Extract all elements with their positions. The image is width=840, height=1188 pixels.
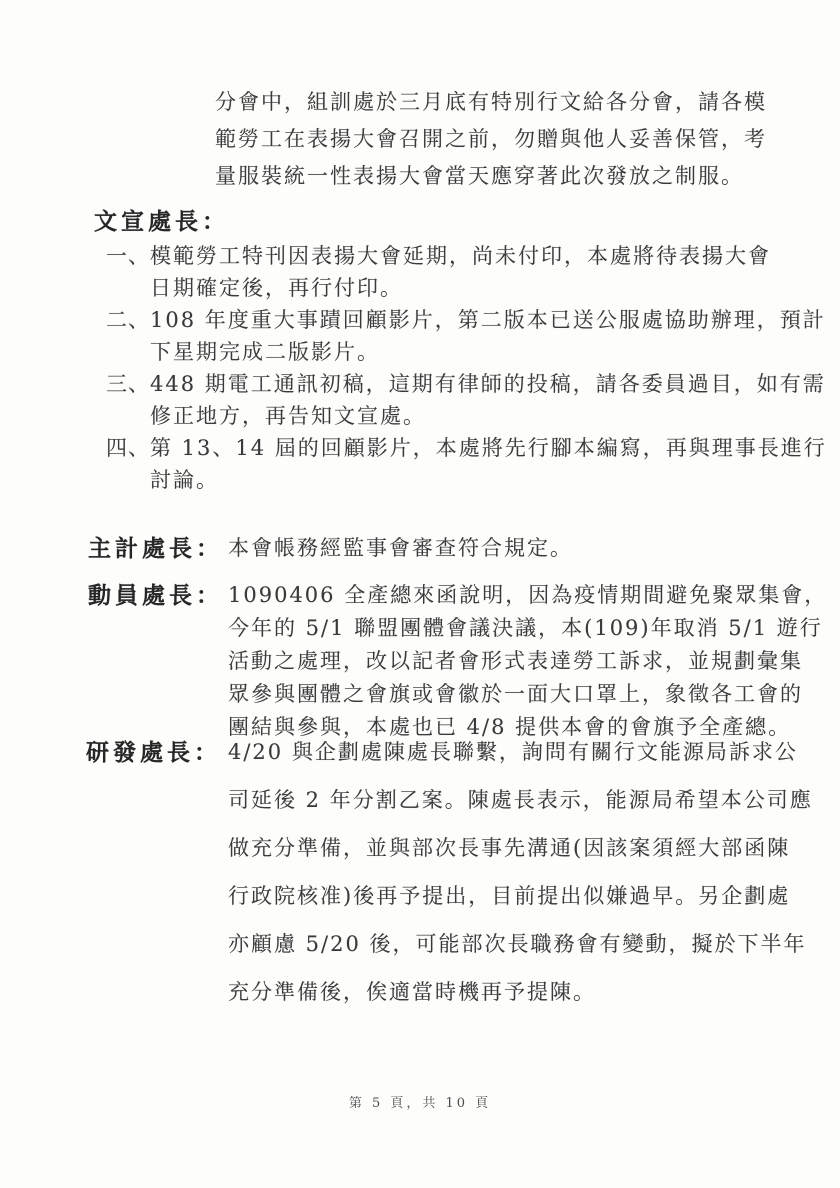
item-number: 二、: [106, 304, 150, 336]
item-line-first: 二、108 年度重大事蹟回顧影片，第二版本已送公服處協助辦理，預計: [106, 304, 827, 336]
section-label-dongyuan: 動員處長：: [88, 581, 223, 611]
body-line: 行政院核准)後再予提出，目前提出似嫌過早。另企劃處: [228, 872, 813, 920]
item-line-first: 四、第 13、14 屆的回顧影片，本處將先行腳本編寫，再與理事長進行: [106, 432, 827, 464]
item-line-cont: 修正地方，再告知文宣處。: [106, 400, 827, 432]
page-number: 第 5 頁，共 10 頁: [0, 1094, 840, 1114]
body-line: 本會帳務經監事會審查符合規定。: [228, 532, 573, 565]
intro-line: 範勞工在表揚大會召開之前，勿贈與他人妥善保管，考: [215, 121, 767, 158]
section-body-zhuji: 本會帳務經監事會審查符合規定。: [228, 532, 573, 565]
item-line-cont: 日期確定後，再行付印。: [106, 272, 827, 304]
section-body-dongyuan: 1090406 全產總來函說明，因為疫情期間避免聚眾集會， 今年的 5/1 聯盟…: [228, 579, 827, 744]
item-line-first: 三、448 期電工通訊初稿，這期有律師的投稿，請各委員過目，如有需: [106, 368, 827, 400]
intro-line: 量服裝統一性表揚大會當天應穿著此次發放之制服。: [215, 158, 767, 195]
intro-paragraph: 分會中，組訓處於三月底有特別行文給各分會，請各模 範勞工在表揚大會召開之前，勿贈…: [215, 84, 767, 195]
item-number: 三、: [106, 368, 150, 400]
section-body-yanfa: 4/20 與企劃處陳處長聯繫，詢問有關行文能源局訴求公 司延後 2 年分割乙案。…: [228, 728, 813, 1016]
list-item: 四、第 13、14 屆的回顧影片，本處將先行腳本編寫，再與理事長進行 討論。: [106, 432, 827, 496]
list-item: 三、448 期電工通訊初稿，這期有律師的投稿，請各委員過目，如有需 修正地方，再…: [106, 368, 827, 432]
wenxuan-item-list: 一、模範勞工特刊因表揚大會延期，尚未付印，本處將待表揚大會 日期確定後，再行付印…: [106, 240, 827, 496]
body-line: 1090406 全產總來函說明，因為疫情期間避免聚眾集會，: [228, 579, 827, 612]
item-line-first: 一、模範勞工特刊因表揚大會延期，尚未付印，本處將待表揚大會: [106, 240, 827, 272]
list-item: 一、模範勞工特刊因表揚大會延期，尚未付印，本處將待表揚大會 日期確定後，再行付印…: [106, 240, 827, 304]
body-line: 亦顧慮 5/20 後，可能部次長職務會有變動，擬於下半年: [228, 920, 813, 968]
body-line: 充分準備後，俟適當時機再予提陳。: [228, 968, 813, 1016]
section-heading-wenxuan: 文宣處長：: [94, 207, 229, 237]
item-number: 一、: [106, 240, 150, 272]
body-line: 4/20 與企劃處陳處長聯繫，詢問有關行文能源局訴求公: [228, 728, 813, 776]
body-line: 活動之處理，改以記者會形式表達勞工訴求，並規劃彙集: [228, 645, 827, 678]
item-number: 四、: [106, 432, 150, 464]
document-page: 分會中，組訓處於三月底有特別行文給各分會，請各模 範勞工在表揚大會召開之前，勿贈…: [0, 0, 840, 1188]
item-text: 448 期電工通訊初稿，這期有律師的投稿，請各委員過目，如有需: [150, 372, 826, 396]
section-label-zhuji: 主計處長：: [88, 534, 223, 564]
intro-line: 分會中，組訓處於三月底有特別行文給各分會，請各模: [215, 84, 767, 121]
section-label-yanfa: 研發處長：: [86, 738, 221, 768]
item-line-cont: 討論。: [106, 464, 827, 496]
item-text: 108 年度重大事蹟回顧影片，第二版本已送公服處協助辦理，預計: [150, 308, 826, 332]
item-text: 模範勞工特刊因表揚大會延期，尚未付印，本處將待表揚大會: [150, 244, 771, 268]
body-line: 眾參與團體之會旗或會徽於一面大口罩上，象徵各工會的: [228, 678, 827, 711]
body-line: 今年的 5/1 聯盟團體會議決議，本(109)年取消 5/1 遊行: [228, 612, 827, 645]
body-line: 做充分準備，並與部次長事先溝通(因該案須經大部函陳: [228, 824, 813, 872]
list-item: 二、108 年度重大事蹟回顧影片，第二版本已送公服處協助辦理，預計 下星期完成二…: [106, 304, 827, 368]
body-line: 司延後 2 年分割乙案。陳處長表示，能源局希望本公司應: [228, 776, 813, 824]
item-line-cont: 下星期完成二版影片。: [106, 336, 827, 368]
item-text: 第 13、14 屆的回顧影片，本處將先行腳本編寫，再與理事長進行: [150, 436, 827, 460]
